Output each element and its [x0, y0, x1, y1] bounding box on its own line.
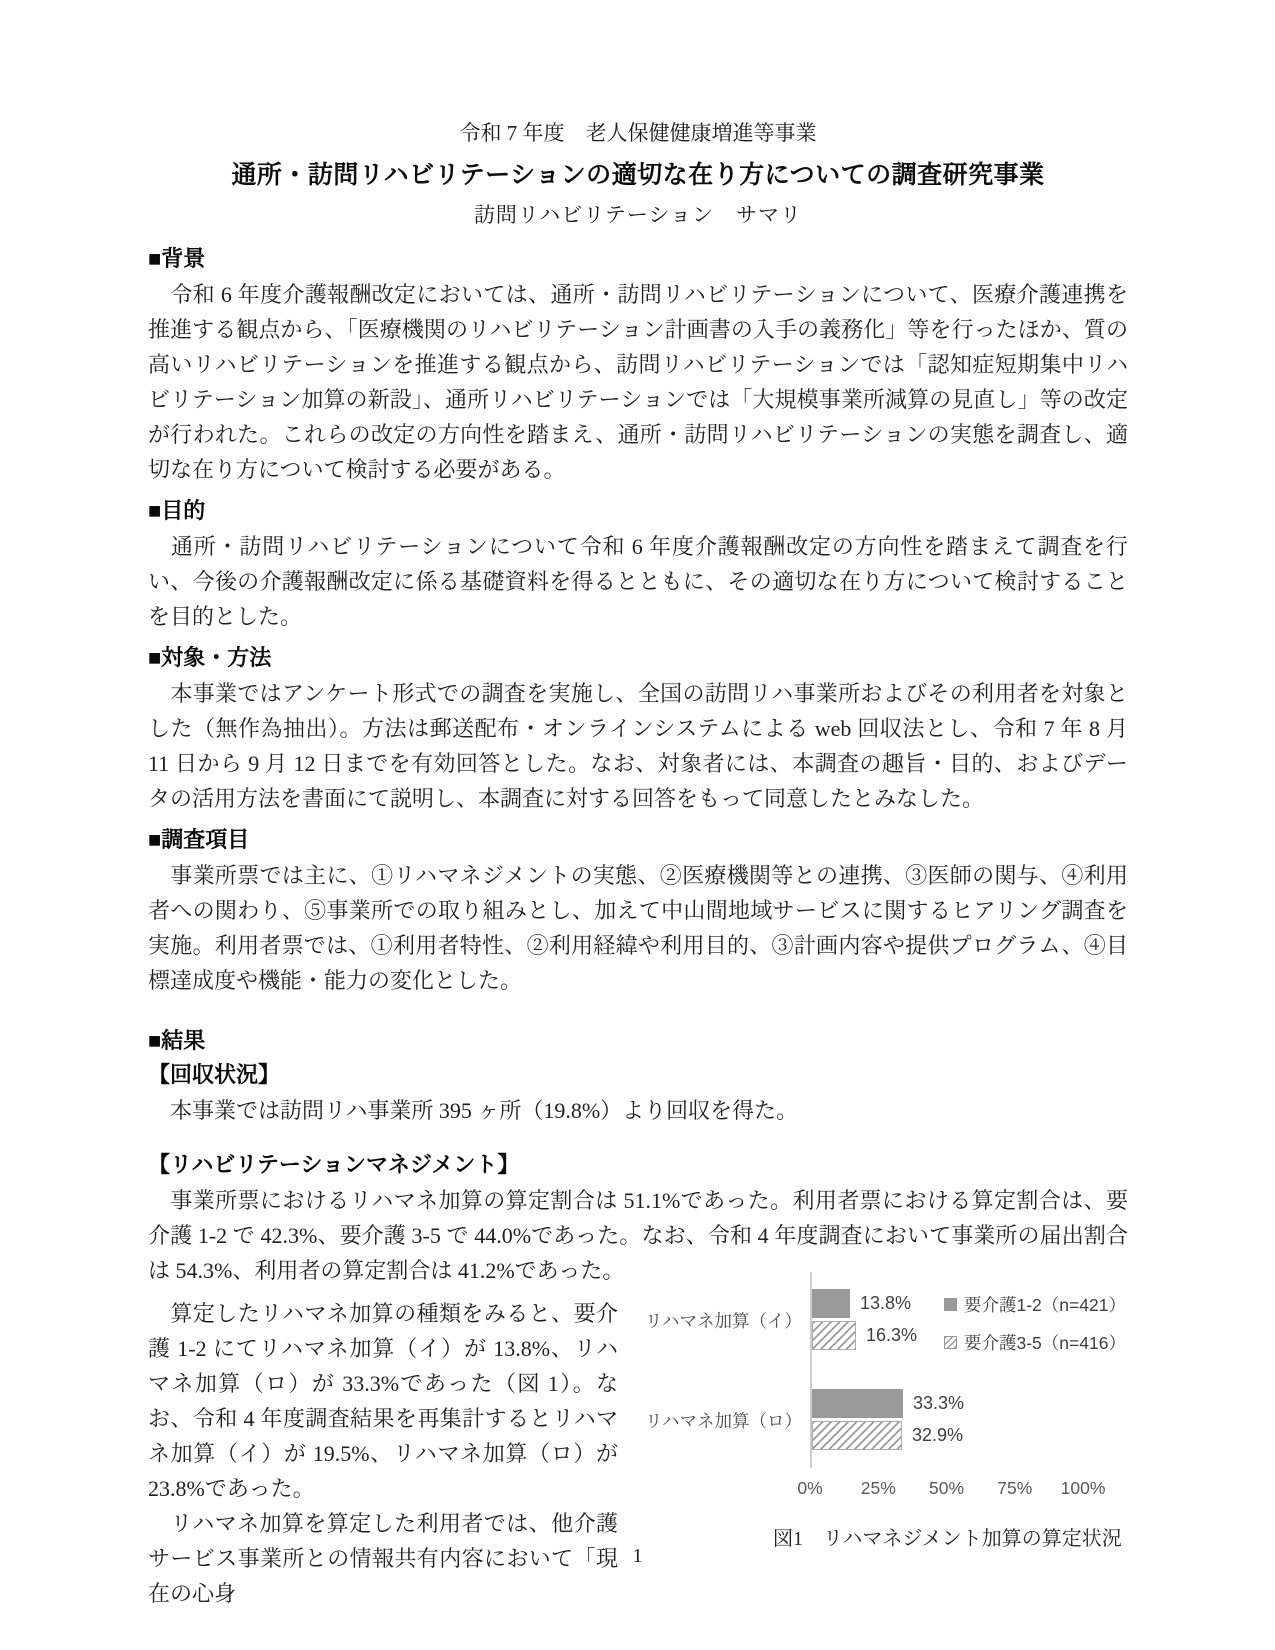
heading-rehab-management: 【リハビリテーションマネジメント】 [148, 1150, 1128, 1180]
heading-methods: ■対象・方法 [148, 643, 1128, 673]
figure-1-bar-chart: リハマネ加算（イ） リハマネ加算（ロ） 13.8% 16.3% 33.3% 3 [618, 1272, 1128, 1572]
page-number: 1 [0, 1545, 1275, 1568]
bar-row: 13.8% [812, 1289, 911, 1318]
rehab-management-paragraph-2: 算定したリハマネ加算の種類をみると、要介護 1-2 にてリハマネ加算（イ）が 1… [148, 1296, 618, 1506]
bar-value-label: 16.3% [866, 1325, 917, 1346]
chart-category-label-i: リハマネ加算（イ） [618, 1308, 802, 1333]
heading-results: ■結果 [148, 1026, 1128, 1056]
bar-row: 16.3% [812, 1321, 917, 1350]
heading-survey-items: ■調査項目 [148, 825, 1128, 855]
bar-solid-youkaigo12-ro [812, 1389, 903, 1418]
legend-label: 要介護1-2（n=421） [964, 1292, 1126, 1317]
heading-purpose: ■目的 [148, 496, 1128, 526]
bar-solid-youkaigo12-i [812, 1289, 850, 1318]
purpose-paragraph: 通所・訪問リハビリテーションについて令和 6 年度介護報酬改定の方向性を踏まえて… [148, 529, 1128, 634]
survey-items-paragraph: 事業所票では主に、①リハマネジメントの実態、②医療機関等との連携、③医師の関与、… [148, 858, 1128, 998]
methods-paragraph: 本事業ではアンケート形式での調査を実施し、全国の訪問リハ事業所およびその利用者を… [148, 676, 1128, 816]
legend-item-youkaigo12: 要介護1-2（n=421） [944, 1292, 1126, 1317]
legend-swatch-solid-icon [944, 1298, 957, 1311]
heading-background: ■背景 [148, 244, 1128, 274]
bar-value-label: 33.3% [913, 1393, 964, 1414]
bar-hatched-youkaigo35-ro [812, 1421, 902, 1450]
document-page: 令和 7 年度 老人保健健康増進等事業 通所・訪問リハビリテーションの適切な在り… [0, 0, 1275, 1650]
response-status-paragraph: 本事業では訪問リハ事業所 395 ヶ所（19.8%）より回収を得た。 [148, 1093, 1128, 1128]
chart-category-label-ro: リハマネ加算（ロ） [618, 1408, 802, 1433]
chart-legend: 要介護1-2（n=421） 要介護3-5（n=416） [944, 1292, 1126, 1368]
chart-x-axis: 0% 25% 50% 75% 100% [810, 1478, 1083, 1500]
bar-row: 33.3% [812, 1389, 964, 1418]
legend-label: 要介護3-5（n=416） [964, 1330, 1126, 1355]
document-title: 通所・訪問リハビリテーションの適切な在り方についての調査研究事業 [148, 160, 1128, 190]
x-axis-tick: 100% [1061, 1478, 1106, 1499]
bar-row: 32.9% [812, 1421, 963, 1450]
bar-value-label: 32.9% [912, 1425, 963, 1446]
document-header: 令和 7 年度 老人保健健康増進等事業 通所・訪問リハビリテーションの適切な在り… [148, 120, 1128, 228]
legend-swatch-hatched-icon [944, 1336, 957, 1349]
bar-hatched-youkaigo35-i [812, 1321, 856, 1350]
x-axis-tick: 50% [929, 1478, 964, 1499]
legend-item-youkaigo35: 要介護3-5（n=416） [944, 1330, 1126, 1355]
document-subtitle: 訪問リハビリテーション サマリ [148, 202, 1128, 228]
program-line: 令和 7 年度 老人保健健康増進等事業 [148, 120, 1128, 146]
x-axis-tick: 0% [797, 1478, 822, 1499]
x-axis-tick: 25% [861, 1478, 896, 1499]
x-axis-tick: 75% [997, 1478, 1032, 1499]
background-paragraph: 令和 6 年度介護報酬改定においては、通所・訪問リハビリテーションについて、医療… [148, 277, 1128, 487]
bar-value-label: 13.8% [860, 1293, 911, 1314]
heading-response-status: 【回収状況】 [148, 1060, 1128, 1090]
